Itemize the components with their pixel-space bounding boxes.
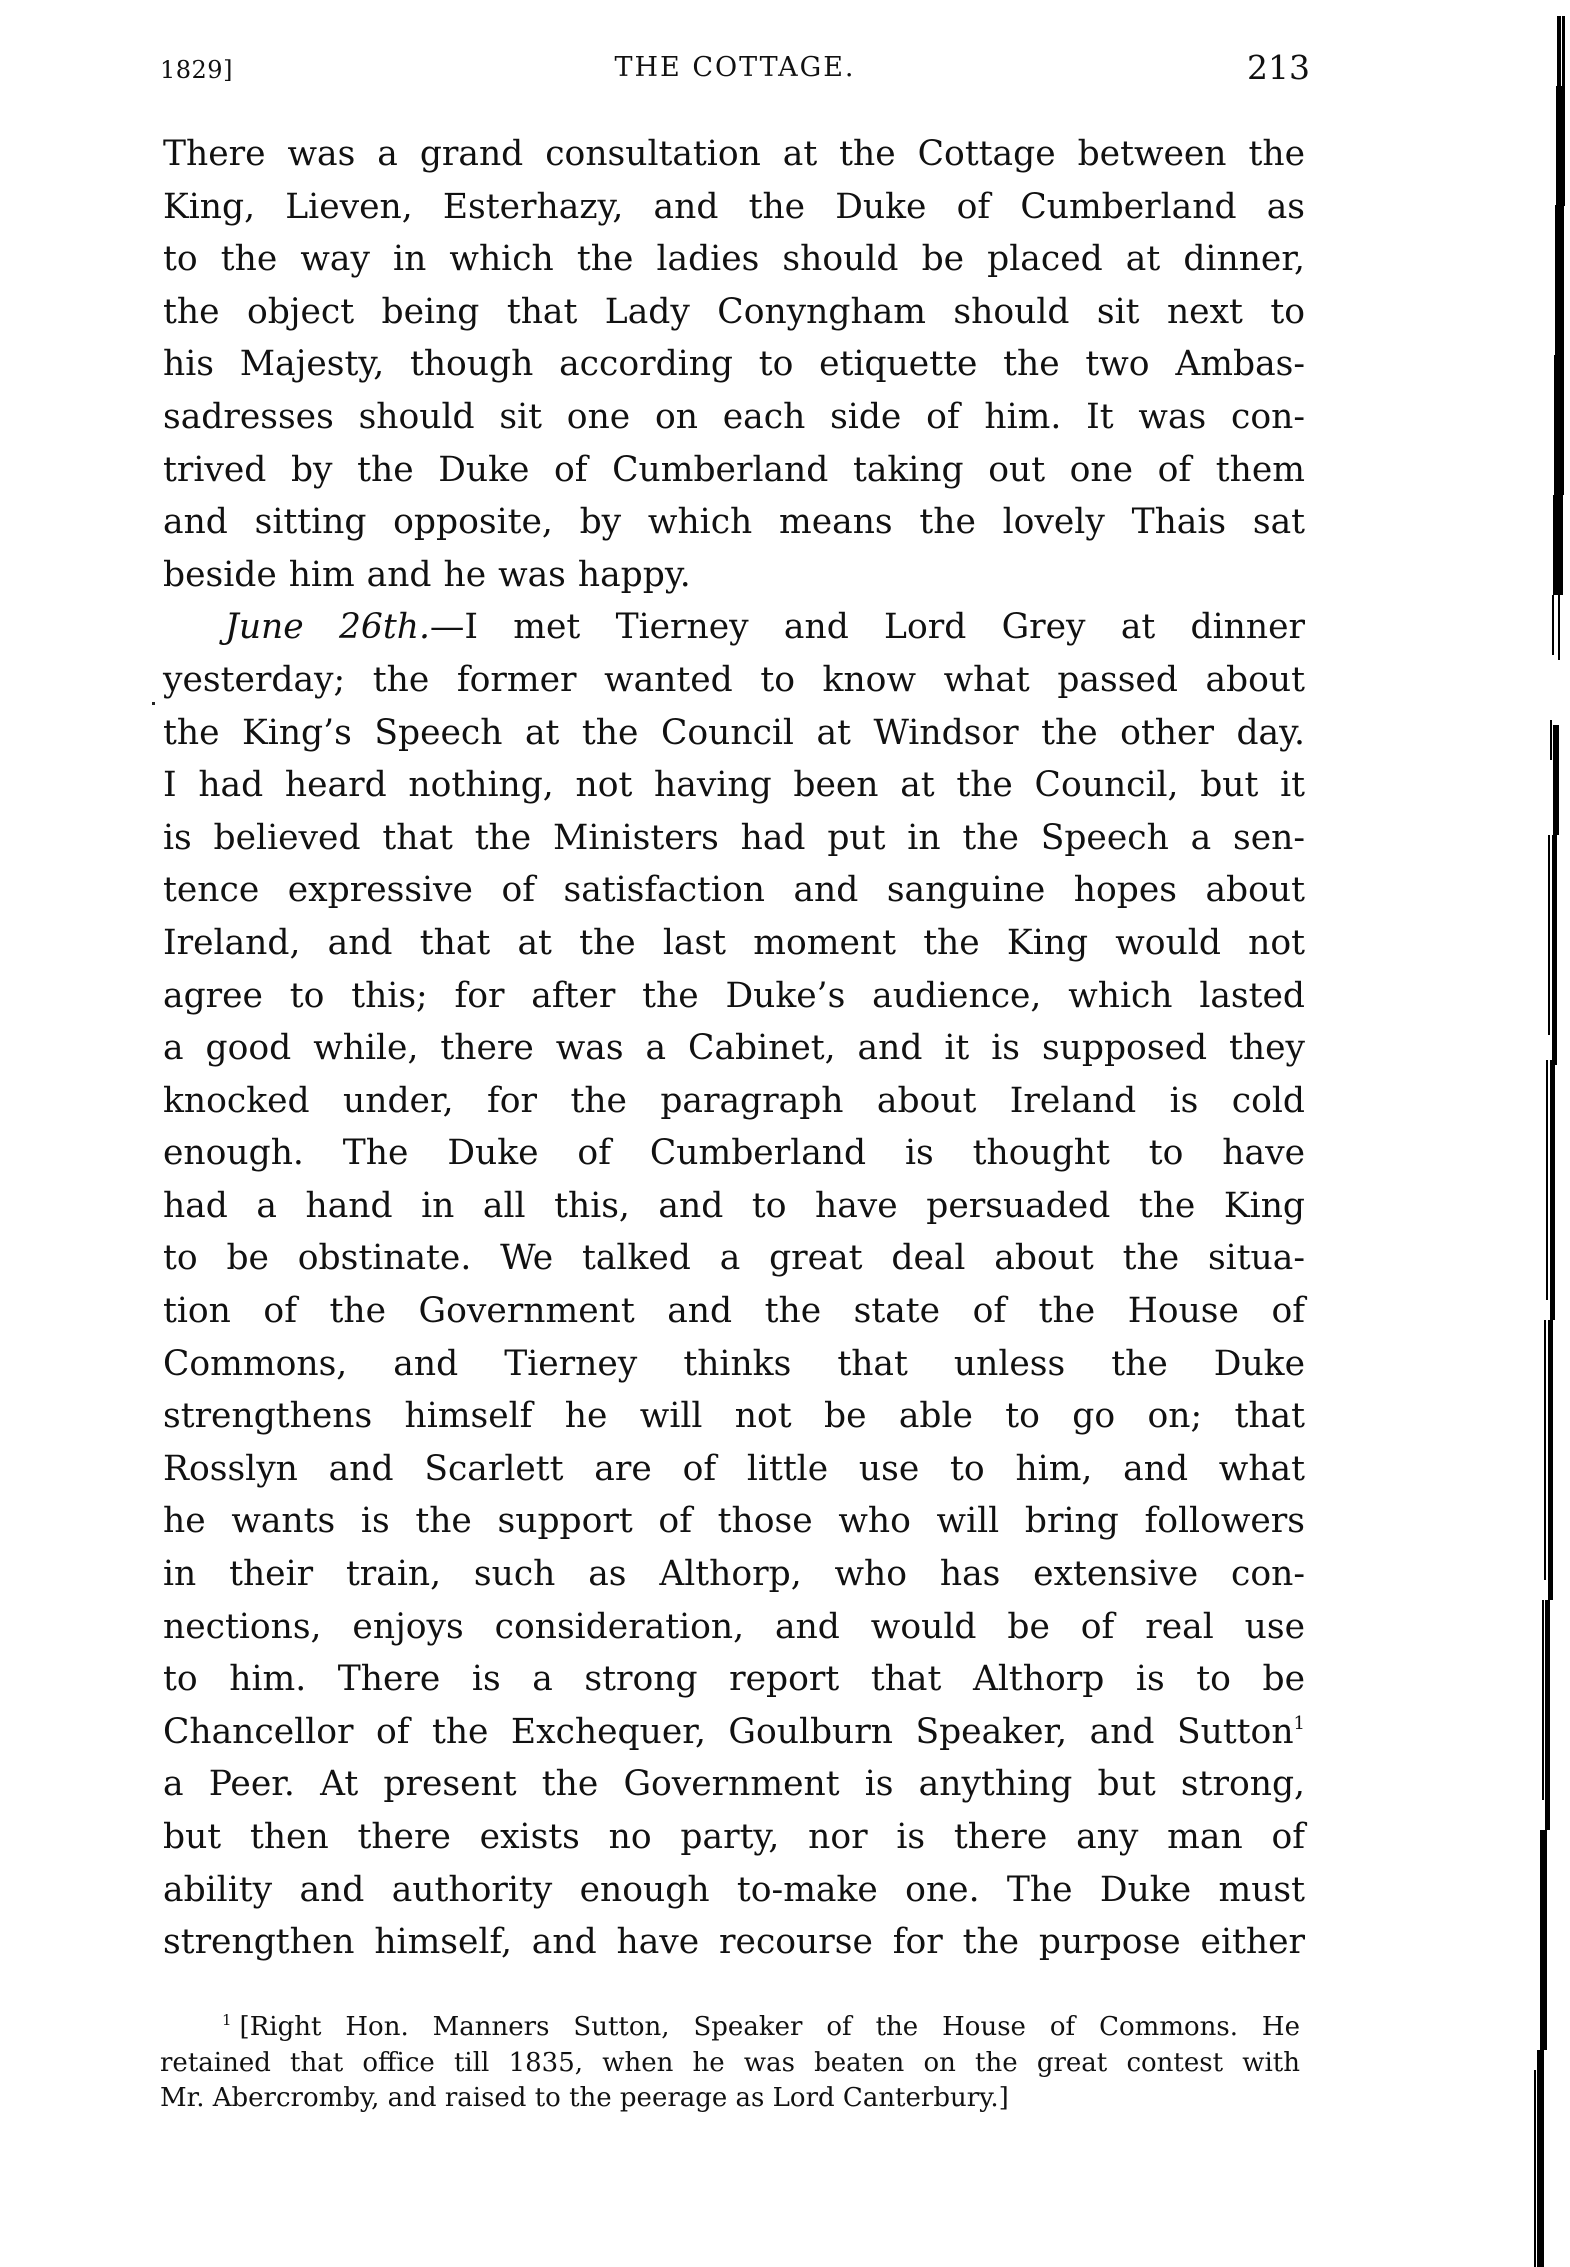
text-line: beside him and he was happy.	[163, 549, 1305, 602]
text-line: Rosslyn and Scarlett are of little use t…	[163, 1443, 1305, 1496]
text-line: agree to this; for after the Duke’s audi…	[163, 970, 1305, 1023]
text-line: a good while, there was a Cabinet, and i…	[163, 1022, 1305, 1075]
text-line: yesterday; the former wanted to know wha…	[163, 654, 1305, 707]
scanned-page-edge	[1500, 0, 1570, 2267]
footnote-line: Mr. Abercromby, and raised to the peerag…	[160, 2081, 1300, 2117]
footnote-reference[interactable]: 1	[1294, 1713, 1305, 1734]
text-line: ability and authority enough to-make one…	[163, 1864, 1305, 1917]
text-line: the King’s Speech at the Council at Wind…	[163, 707, 1305, 760]
sutton-line-text: Chancellor of the Exchequer, Goulburn Sp…	[163, 1712, 1294, 1752]
running-head-title: THE COTTAGE.	[160, 52, 1310, 83]
text-line: had a hand in all this, and to have pers…	[163, 1180, 1305, 1233]
text-line: is believed that the Ministers had put i…	[163, 812, 1305, 865]
body-text: There was a grand consultation at the Co…	[163, 128, 1305, 1969]
running-head: 1829] THE COTTAGE. 213	[160, 48, 1310, 88]
text-line: and sitting opposite, by which means the…	[163, 496, 1305, 549]
footnote: 1[Right Hon. Manners Sutton, Speaker of …	[160, 2010, 1300, 2117]
footnote-line-text: [Right Hon. Manners Sutton, Speaker of t…	[240, 2012, 1300, 2042]
text-line: to be obstinate. We talked a great deal …	[163, 1232, 1305, 1285]
page-number: 213	[1247, 48, 1310, 87]
entry-first-line-text: —I met Tierney and Lord Grey at dinner	[430, 607, 1305, 647]
text-line: to the way in which the ladies should be…	[163, 233, 1305, 286]
text-line: the object being that Lady Conyngham sho…	[163, 286, 1305, 339]
text-line: tence expressive of satisfaction and san…	[163, 864, 1305, 917]
text-line: sadresses should sit one on each side of…	[163, 391, 1305, 444]
text-line: but then there exists no party, nor is t…	[163, 1811, 1305, 1864]
text-line: knocked under, for the paragraph about I…	[163, 1075, 1305, 1128]
scan-speck	[152, 702, 155, 705]
footnote-marker: 1	[222, 2011, 232, 2029]
text-line: trived by the Duke of Cumberland taking …	[163, 444, 1305, 497]
text-line: I had heard nothing, not having been at …	[163, 759, 1305, 812]
footnote-ref-line: Chancellor of the Exchequer, Goulburn Sp…	[163, 1706, 1305, 1759]
text-line: nections, enjoys consideration, and woul…	[163, 1601, 1305, 1654]
text-line: his Majesty, though according to etiquet…	[163, 338, 1305, 391]
book-page: 1829] THE COTTAGE. 213 There was a grand…	[0, 0, 1570, 2267]
text-line: he wants is the support of those who wil…	[163, 1495, 1305, 1548]
footnote-line: retained that office till 1835, when he …	[160, 2046, 1300, 2082]
text-line: tion of the Government and the state of …	[163, 1285, 1305, 1338]
text-line: King, Lieven, Esterhazy, and the Duke of…	[163, 181, 1305, 234]
text-line: enough. The Duke of Cumberland is though…	[163, 1127, 1305, 1180]
text-line: strengthen himself, and have recourse fo…	[163, 1916, 1305, 1969]
entry-date: June 26th.	[225, 607, 430, 647]
footnote-line: 1[Right Hon. Manners Sutton, Speaker of …	[160, 2010, 1300, 2046]
text-line: Ireland, and that at the last moment the…	[163, 917, 1305, 970]
text-line: a Peer. At present the Government is any…	[163, 1758, 1305, 1811]
text-line: to him. There is a strong report that Al…	[163, 1653, 1305, 1706]
text-line: There was a grand consultation at the Co…	[163, 128, 1305, 181]
text-line: Commons, and Tierney thinks that unless …	[163, 1338, 1305, 1391]
diary-entry-first-line: June 26th.—I met Tierney and Lord Grey a…	[163, 601, 1305, 654]
text-line: in their train, such as Althorp, who has…	[163, 1548, 1305, 1601]
text-line: strengthens himself he will not be able …	[163, 1390, 1305, 1443]
